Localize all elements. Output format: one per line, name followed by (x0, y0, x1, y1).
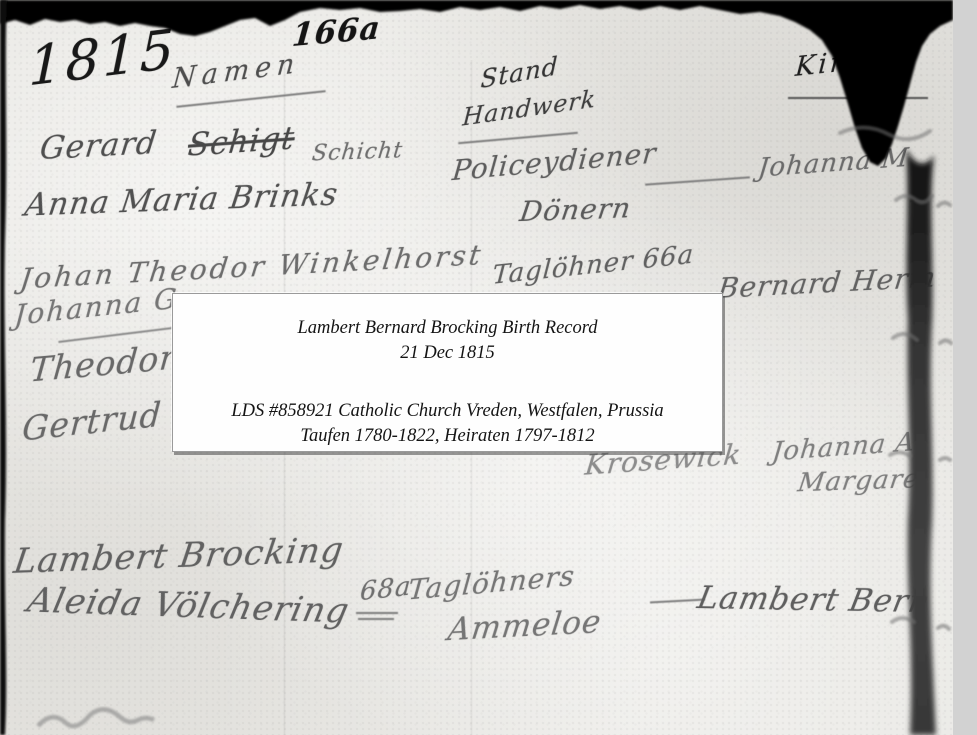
entry4-child-name: Lambert Bern (695, 580, 934, 620)
entry1-place: Dönern (518, 191, 634, 228)
caption-overlay-card: Lambert Bernard Brocking Birth Record 21… (172, 293, 723, 452)
entry1-child-name: Johanna M (757, 143, 911, 184)
entry1-father-name: Gerard (38, 125, 159, 167)
entry3-mother-name: Gertrud (21, 394, 163, 448)
year-handwriting: 1815 (28, 17, 177, 99)
column-header-children: Kinder (794, 40, 906, 83)
ditto-dash (645, 176, 750, 185)
entry4-mother-name: Aleida Völchering (24, 581, 353, 632)
entry4-folio-number: 68a (359, 571, 412, 607)
entry2-child-name: Bernard Herm (716, 260, 938, 305)
entry1-surname-correction: Schicht (311, 138, 405, 166)
bottom-partial-handwriting (38, 709, 154, 726)
entry1-surname-struck: Schigt (186, 120, 296, 164)
entry3-father-name: Theodor (29, 337, 178, 389)
double-underline-1 (356, 612, 398, 614)
entry1-occupation: Policeydiener (451, 136, 658, 187)
header-underline (176, 90, 325, 108)
entry1-mother-name: Anna Maria Brinks (23, 176, 341, 223)
scanned-church-record: 1815 166a Namen Stand Handwerk Kinder Ge… (0, 0, 977, 735)
entry3-child-name-line2: Margare (796, 464, 922, 498)
entry3-child-name-line1: Johanna A (771, 427, 917, 467)
caption-register-range: Taufen 1780-1822, Heiraten 1797-1812 (173, 424, 722, 449)
column-header-occupation-1: Stand (480, 51, 559, 94)
header-underline (458, 132, 578, 144)
entry4-occupation: Taglöhners (407, 559, 577, 607)
entry2-occupation: Taglöhner 66a (491, 239, 695, 291)
double-underline-2 (358, 618, 394, 620)
caption-date: 21 Dec 1815 (173, 341, 722, 366)
caption-title: Lambert Bernard Brocking Birth Record (173, 316, 722, 341)
entry4-father-name: Lambert Brocking (11, 530, 346, 582)
entry2-parents-names: Johan Theodor Winkelhorst (18, 238, 485, 296)
page-number-handwriting: 166a (291, 10, 383, 54)
header-underline (788, 97, 928, 99)
caption-source: LDS #858921 Catholic Church Vreden, West… (173, 399, 722, 424)
scanner-background-band (953, 0, 977, 735)
entry4-place: Ammeloe (446, 604, 604, 648)
